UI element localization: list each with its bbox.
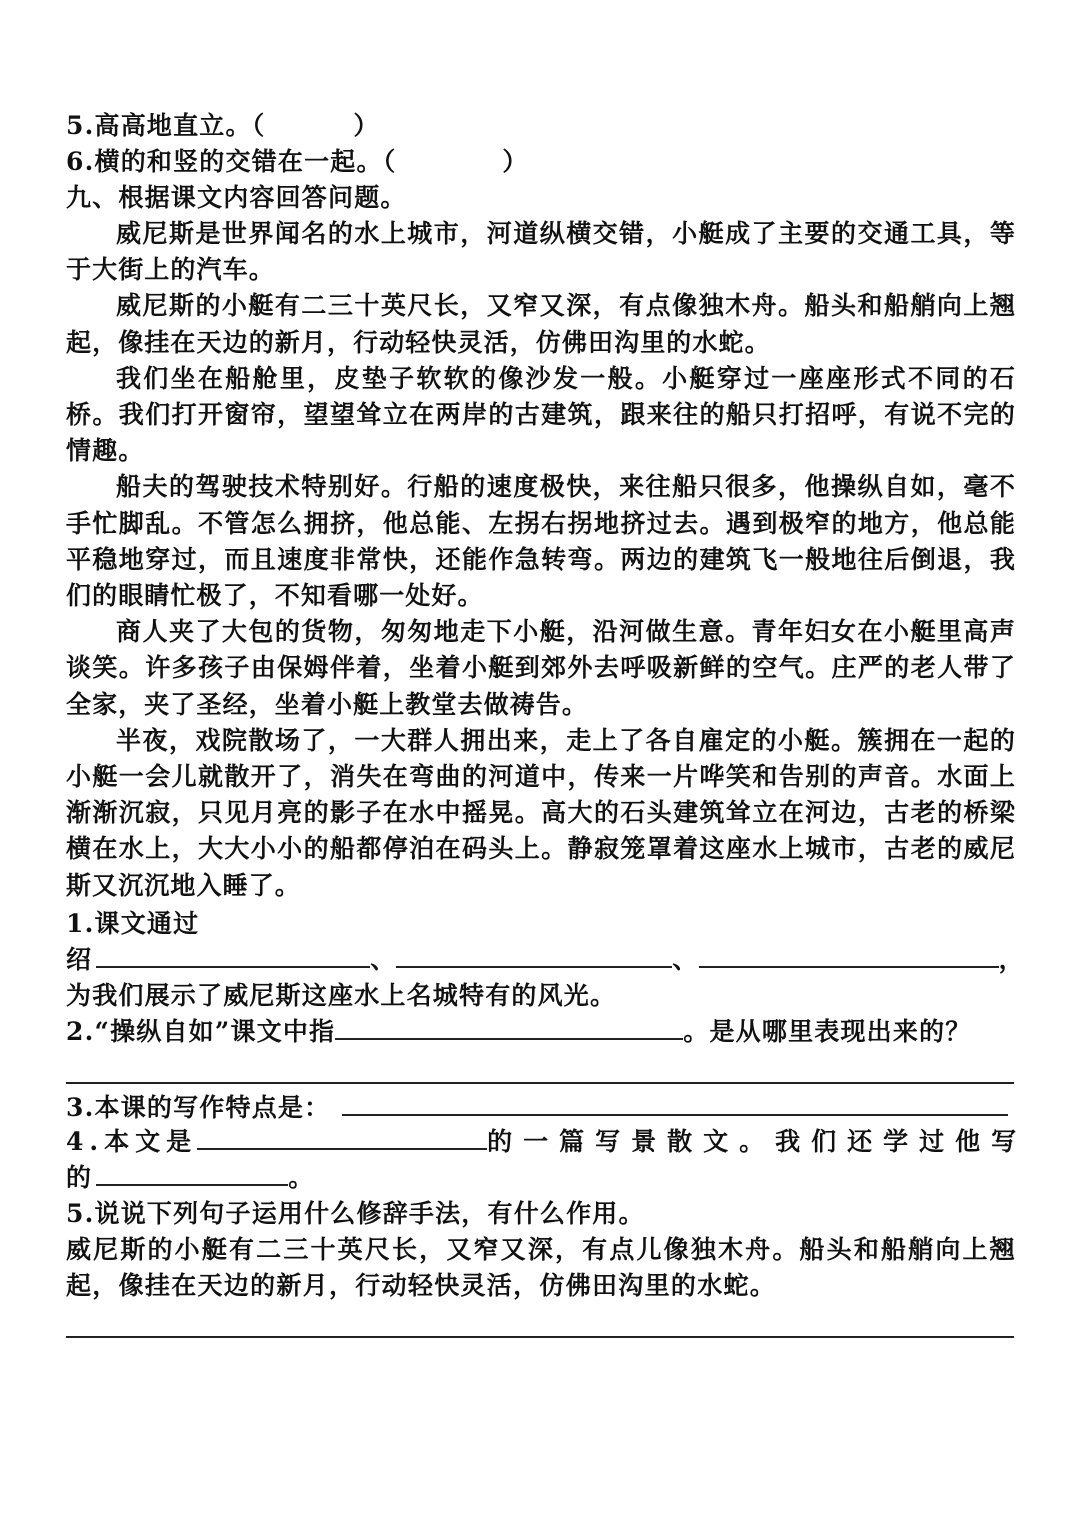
question-1: 1.课文通过 绍、、， 为我们展示了威尼斯这座水上名城特有的风光。 xyxy=(66,906,1025,1014)
question-1-prefix: 绍 xyxy=(66,945,92,974)
item-5-text: 5.高高地直立。（ xyxy=(66,111,265,140)
question-5-prompt: 5.说说下列句子运用什么修辞手法，有什么作用。 xyxy=(66,1196,1016,1232)
passage-paragraph-6: 半夜，戏院散场了，一大群人拥出来，走上了各自雇定的小艇。簇拥在一起的小艇一会儿就… xyxy=(66,723,1016,904)
question-1-prompt: 1.课文通过 xyxy=(66,906,1025,942)
question-4-middle: 的一篇写景散文。我们还学过他写 xyxy=(487,1127,1027,1156)
question-1-blank-1[interactable] xyxy=(96,944,370,968)
question-3-prompt: 3.本课的写作特点是： xyxy=(66,1093,330,1122)
question-4-prompt: 4.本文是 xyxy=(66,1127,197,1156)
passage-paragraph-3: 我们坐在船舱里，皮垫子软软的像沙发一般。小艇穿过一座座形式不同的石桥。我们打开窗… xyxy=(66,361,1016,470)
item-5: 5.高高地直立。（） xyxy=(66,108,380,144)
question-1-end: ， xyxy=(999,945,1025,974)
item-6-close-paren: ） xyxy=(502,147,528,176)
question-1-separator-1: 、 xyxy=(370,945,396,974)
question-3: 3.本课的写作特点是： xyxy=(66,1090,1008,1126)
section-heading: 九、根据课文内容回答问题。 xyxy=(66,180,407,216)
passage-paragraph-5: 商人夹了大包的货物，匆匆地走下小艇，沿河做生意。青年妇女在小艇里高声谈笑。许多孩… xyxy=(66,614,1016,723)
question-1-separator-2: 、 xyxy=(672,945,698,974)
question-1-blank-2[interactable] xyxy=(396,944,672,968)
question-2-blank[interactable] xyxy=(335,1016,683,1040)
passage-paragraph-2: 威尼斯的小艇有二三十英尺长，又窄又深，有点像独木舟。船头和船艄向上翘起，像挂在天… xyxy=(66,288,1016,360)
item-6: 6.横的和竖的交错在一起。（） xyxy=(66,144,529,180)
question-5-answer-line[interactable] xyxy=(66,1336,1014,1338)
question-2-suffix: 。是从哪里表现出来的？ xyxy=(683,1017,971,1046)
reading-passage: 威尼斯是世界闻名的水上城市，河道纵横交错，小艇成了主要的交通工具，等于大街上的汽… xyxy=(66,216,1016,904)
question-5-quote: 威尼斯的小艇有二三十英尺长，又窄又深，有点儿像独木舟。船头和船艄向上翘起，像挂在… xyxy=(66,1232,1016,1304)
item-5-close-paren: ） xyxy=(353,111,379,140)
question-4-blank-1[interactable] xyxy=(197,1126,487,1150)
question-3-blank[interactable] xyxy=(342,1092,1008,1116)
question-1-blank-3[interactable] xyxy=(699,944,999,968)
passage-paragraph-1: 威尼斯是世界闻名的水上城市，河道纵横交错，小艇成了主要的交通工具，等于大街上的汽… xyxy=(66,216,1016,288)
question-4: 4.本文是的一篇写景散文。我们还学过他写 的。 xyxy=(66,1124,1027,1196)
item-6-text: 6.横的和竖的交错在一起。（ xyxy=(66,147,396,176)
question-2: 2.“操纵自如”课文中指。是从哪里表现出来的？ xyxy=(66,1014,971,1050)
question-1-continuation: 为我们展示了威尼斯这座水上名城特有的风光。 xyxy=(66,978,1025,1014)
passage-paragraph-4: 船夫的驾驶技术特别好。行船的速度极快，来往船只很多，他操纵自如，毫不手忙脚乱。不… xyxy=(66,469,1016,614)
question-4-line2-prefix: 的 xyxy=(66,1163,92,1192)
section-title: 九、根据课文内容回答问题。 xyxy=(66,180,407,216)
question-4-blank-2[interactable] xyxy=(96,1162,288,1186)
question-5: 5.说说下列句子运用什么修辞手法，有什么作用。 威尼斯的小艇有二三十英尺长，又窄… xyxy=(66,1196,1016,1304)
question-2-prompt: 2.“操纵自如”课文中指 xyxy=(66,1017,335,1046)
question-4-end: 。 xyxy=(288,1163,314,1192)
question-2-answer-line[interactable] xyxy=(66,1082,1014,1084)
